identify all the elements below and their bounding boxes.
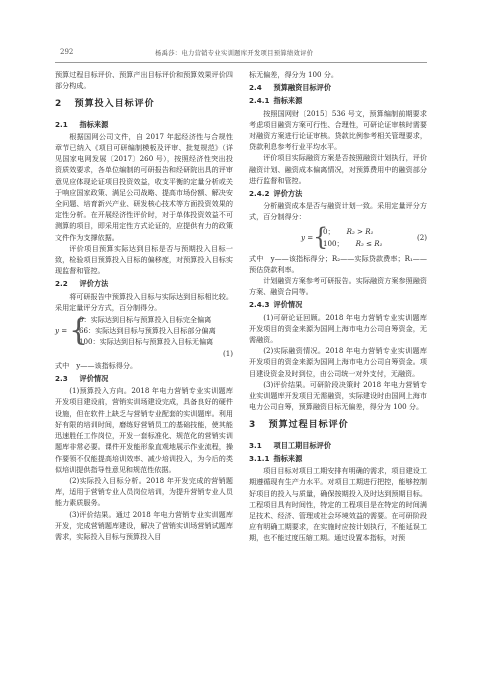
brace: { xyxy=(69,314,88,348)
running-title: 杨禹莎：电力营销专业实训题库开发项目预算绩效评价 xyxy=(155,48,313,57)
paper-page: 292 杨禹莎：电力营销专业实训题库开发项目预算绩效评价 预算过程目标评价、预算… xyxy=(0,0,480,679)
paragraph: (3)评价结果。可研阶段决策时 2018 年电力营销专业实训题库开发项目无需融资… xyxy=(249,379,427,413)
equation-cases: 0；R₂ > R₁ 100；R₂ ≤ R₁ xyxy=(323,226,382,250)
paragraph: 分析融资成本是否与融资计划一致。采用定量评分方式，百分制得分： xyxy=(249,200,427,222)
equation-1: y = { 0：实际达到目标与预算投入目标完全偏离 66：实际达到目标与预算投入… xyxy=(55,314,233,359)
paragraph: 评价项目预算实际达到目标是否与预期投入目标一致，检验项目预算投入目标的偏移度，对… xyxy=(55,243,233,277)
section-heading-3: 3 预算过程目标评价 xyxy=(249,420,427,431)
paragraph-continued: 标无偏差，得分为 100 分。 xyxy=(249,69,427,80)
right-column: 标无偏差，得分为 100 分。 2.4 预算融资目标评价 2.4.1 指标来源 … xyxy=(249,69,427,544)
equation-lhs: y = xyxy=(301,232,313,243)
subsection-heading-3-1-1: 3.1.1 指标来源 xyxy=(249,453,427,464)
paragraph: (3)评价结果。通过 2018 年电力营销专业实训题库开发，完成营销题库建设，解… xyxy=(55,509,233,543)
equation-lhs: y = xyxy=(55,325,67,336)
paragraph: 评价项目实际融资方案是否按照融资计划执行，评价融资计划、融资成本偏离情况，对预算… xyxy=(249,152,427,186)
subsection-heading-3-1: 3.1 项目工期目标评价 xyxy=(249,440,427,451)
paragraph: 计划融资方案参考可研报告。实际融资方案参照融资方案、融资合同等。 xyxy=(249,275,427,297)
intro-paragraph: 预算过程目标评价、预算产出目标评价和预算效果评价四部分构成。 xyxy=(55,69,233,91)
paragraph: 将可研报告中预算投入目标与实际达到目标相比较。采用定量评分方式，百分制得分。 xyxy=(55,291,233,313)
subsection-heading-2-2: 2.2 评价方法 xyxy=(55,278,233,289)
page-number: 292 xyxy=(60,48,73,56)
subsection-heading-2-4-1: 2.4.1 指标来源 xyxy=(249,95,427,106)
equation-2: y = { 0；R₂ > R₁ 100；R₂ ≤ R₁ (2) xyxy=(249,225,427,251)
page-header: 292 杨禹莎：电力营销专业实训题库开发项目预算绩效评价 xyxy=(55,48,427,63)
subsection-heading-2-4: 2.4 预算融资目标评价 xyxy=(249,82,427,93)
equation-cases: 0：实际达到目标与预算投入目标完全偏离 66：实际达到目标与预算投入目标部分偏离… xyxy=(79,314,233,348)
equation-where: 式中 y——该指标得分。 xyxy=(55,360,233,371)
section-heading-2: 2 预算投入目标评价 xyxy=(55,99,233,110)
equation-where: 式中 y——该指标得分；R₂——实际贷款费率；R₁——预估贷款利率。 xyxy=(249,253,427,275)
paragraph: 按照国网财〔2015〕536 号文，预算编制前期要求考虑项目融资方案可行性、合理… xyxy=(249,108,427,153)
subsection-heading-2-1: 2.1 指标来源 xyxy=(55,119,233,130)
equation-number: (1) xyxy=(55,348,233,359)
subsection-heading-2-3: 2.3 评价情况 xyxy=(55,373,233,384)
paragraph: (2)实际投入目标分析。2018 年开发完成的营销题库，适用于营销专业人员岗位培… xyxy=(55,475,233,509)
left-column: 预算过程目标评价、预算产出目标评价和预算效果评价四部分构成。 2 预算投入目标评… xyxy=(55,69,233,542)
paragraph: 项目目标对项目工期安排有明确的需求，项目建设工期遵循现有生产力水平。对项目工期进… xyxy=(249,465,427,543)
paragraph: (2)实际融资情况。2018 年电力营销专业实训题库开发项目的资金来源为国网上海… xyxy=(249,345,427,379)
paragraph: (1)可研论证回顾。2018 年电力营销专业实训题库开发项目的资金来源为国网上海… xyxy=(249,312,427,346)
subsection-heading-2-4-3: 2.4.3 评价情况 xyxy=(249,299,427,310)
paragraph: (1)预算投入方向。2018 年电力营销专业实训题库开发项目建设前，营销实训场建… xyxy=(55,385,233,475)
paragraph: 根据国网公司文件，自 2017 年起经济性与合规性章节已纳入《项目可研编制模板及… xyxy=(55,131,233,243)
subsection-heading-2-4-2: 2.4.2 评价方法 xyxy=(249,188,427,199)
equation-number: (2) xyxy=(417,232,427,243)
